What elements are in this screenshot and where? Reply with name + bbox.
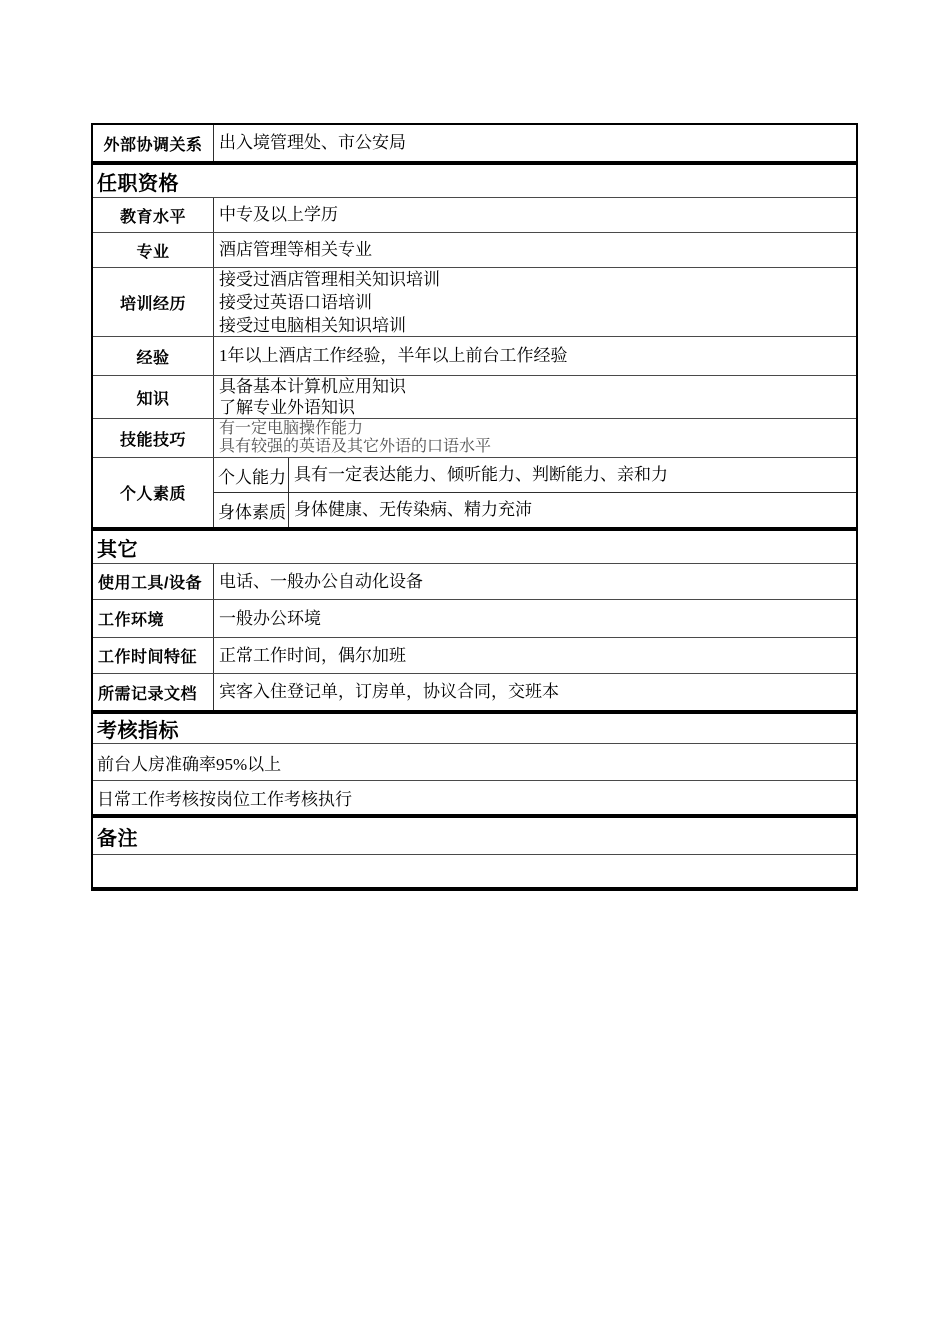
experience-row: 经验 1年以上酒店工作经验，半年以上前台工作经验 xyxy=(93,337,856,376)
experience-label: 经验 xyxy=(93,337,214,375)
physical-quality-subrow: 身体素质 身体健康、无传染病、精力充沛 xyxy=(214,493,856,527)
work-time-label: 工作时间特征 xyxy=(93,638,214,673)
skills-line-1: 有一定电脑操作能力 xyxy=(219,420,856,438)
required-documents-text: 宾客入住登记单，订房单，协议合同，交班本 xyxy=(219,681,856,703)
knowledge-value: 具备基本计算机应用知识 了解专业外语知识 xyxy=(214,376,856,418)
section-qualifications-header: 任职资格 xyxy=(93,165,856,198)
education-value: 中专及以上学历 xyxy=(214,198,856,232)
education-text: 中专及以上学历 xyxy=(219,204,856,226)
major-value: 酒店管理等相关专业 xyxy=(214,233,856,267)
personal-ability-value: 具有一定表达能力、倾听能力、判断能力、亲和力 xyxy=(289,458,856,492)
external-coordination-row: 外部协调关系 出入境管理处、市公安局 xyxy=(93,125,856,165)
work-environment-text: 一般办公环境 xyxy=(219,608,856,630)
knowledge-line-2: 了解专业外语知识 xyxy=(219,397,856,418)
training-row: 培训经历 接受过酒店管理相关知识培训 接受过英语口语培训 接受过电脑相关知识培训 xyxy=(93,268,856,337)
experience-text: 1年以上酒店工作经验，半年以上前台工作经验 xyxy=(219,345,856,367)
section-others-header: 其它 xyxy=(93,531,856,564)
major-text: 酒店管理等相关专业 xyxy=(219,239,856,261)
work-time-value: 正常工作时间，偶尔加班 xyxy=(214,638,856,673)
work-time-row: 工作时间特征 正常工作时间，偶尔加班 xyxy=(93,638,856,674)
external-coordination-text: 出入境管理处、市公安局 xyxy=(219,132,856,154)
experience-value: 1年以上酒店工作经验，半年以上前台工作经验 xyxy=(214,337,856,375)
tools-value: 电话、一般办公自动化设备 xyxy=(214,564,856,599)
knowledge-line-1: 具备基本计算机应用知识 xyxy=(219,376,856,397)
major-row: 专业 酒店管理等相关专业 xyxy=(93,233,856,268)
personal-ability-label: 个人能力 xyxy=(214,458,289,492)
required-documents-row: 所需记录文档 宾客入住登记单，订房单，协议合同，交班本 xyxy=(93,674,856,714)
personal-quality-label: 个人素质 xyxy=(93,458,214,527)
skills-line-2: 具有较强的英语及其它外语的口语水平 xyxy=(219,438,856,456)
knowledge-label: 知识 xyxy=(93,376,214,418)
external-coordination-value: 出入境管理处、市公安局 xyxy=(214,125,856,161)
assessment-item-2: 日常工作考核按岗位工作考核执行 xyxy=(93,781,856,818)
tools-label: 使用工具/设备 xyxy=(93,564,214,599)
assessment-item-1: 前台人房准确率95%以上 xyxy=(93,744,856,781)
tools-row: 使用工具/设备 电话、一般办公自动化设备 xyxy=(93,564,856,600)
skills-row: 技能技巧 有一定电脑操作能力 具有较强的英语及其它外语的口语水平 xyxy=(93,419,856,458)
physical-quality-label: 身体素质 xyxy=(214,493,289,527)
remarks-content-row xyxy=(93,855,856,887)
external-coordination-label: 外部协调关系 xyxy=(93,125,214,161)
personal-ability-text: 具有一定表达能力、倾听能力、判断能力、亲和力 xyxy=(294,464,856,486)
personal-quality-subtable: 个人能力 具有一定表达能力、倾听能力、判断能力、亲和力 身体素质 身体健康、无传… xyxy=(214,458,856,527)
tools-text: 电话、一般办公自动化设备 xyxy=(219,571,856,593)
education-label: 教育水平 xyxy=(93,198,214,232)
knowledge-row: 知识 具备基本计算机应用知识 了解专业外语知识 xyxy=(93,376,856,419)
required-documents-label: 所需记录文档 xyxy=(93,674,214,710)
physical-quality-text: 身体健康、无传染病、精力充沛 xyxy=(294,499,856,521)
training-line-1: 接受过酒店管理相关知识培训 xyxy=(219,268,856,291)
training-value: 接受过酒店管理相关知识培训 接受过英语口语培训 接受过电脑相关知识培训 xyxy=(214,268,856,336)
personal-ability-subrow: 个人能力 具有一定表达能力、倾听能力、判断能力、亲和力 xyxy=(214,458,856,493)
personal-quality-row: 个人素质 个人能力 具有一定表达能力、倾听能力、判断能力、亲和力 身体素质 身体… xyxy=(93,458,856,531)
work-environment-row: 工作环境 一般办公环境 xyxy=(93,600,856,638)
work-environment-label: 工作环境 xyxy=(93,600,214,637)
training-line-2: 接受过英语口语培训 xyxy=(219,291,856,314)
work-time-text: 正常工作时间，偶尔加班 xyxy=(219,645,856,667)
training-label: 培训经历 xyxy=(93,268,214,336)
major-label: 专业 xyxy=(93,233,214,267)
required-documents-value: 宾客入住登记单，订房单，协议合同，交班本 xyxy=(214,674,856,710)
physical-quality-value: 身体健康、无传染病、精力充沛 xyxy=(289,493,856,527)
section-assessment-header: 考核指标 xyxy=(93,714,856,744)
education-row: 教育水平 中专及以上学历 xyxy=(93,198,856,233)
job-description-table: 外部协调关系 出入境管理处、市公安局 任职资格 教育水平 中专及以上学历 专业 … xyxy=(91,123,858,891)
skills-label: 技能技巧 xyxy=(93,419,214,457)
section-remarks-header: 备注 xyxy=(93,818,856,855)
skills-value: 有一定电脑操作能力 具有较强的英语及其它外语的口语水平 xyxy=(214,419,856,457)
training-line-3: 接受过电脑相关知识培训 xyxy=(219,314,856,337)
work-environment-value: 一般办公环境 xyxy=(214,600,856,637)
